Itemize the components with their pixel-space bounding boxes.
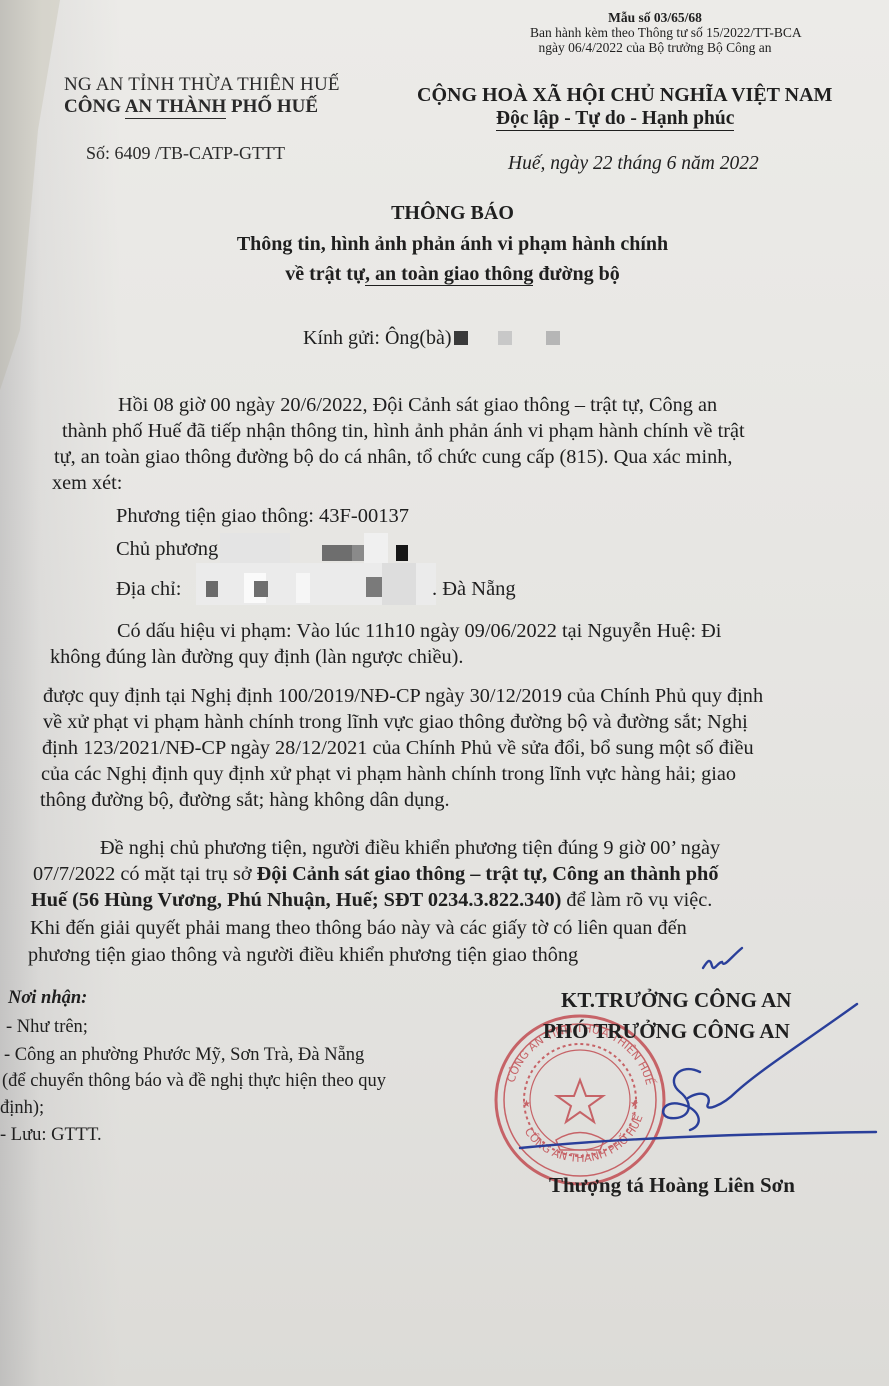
signer-name: Thượng tá Hoàng Liên Sơn <box>549 1173 795 1198</box>
signature-stroke-icon <box>520 948 876 1148</box>
